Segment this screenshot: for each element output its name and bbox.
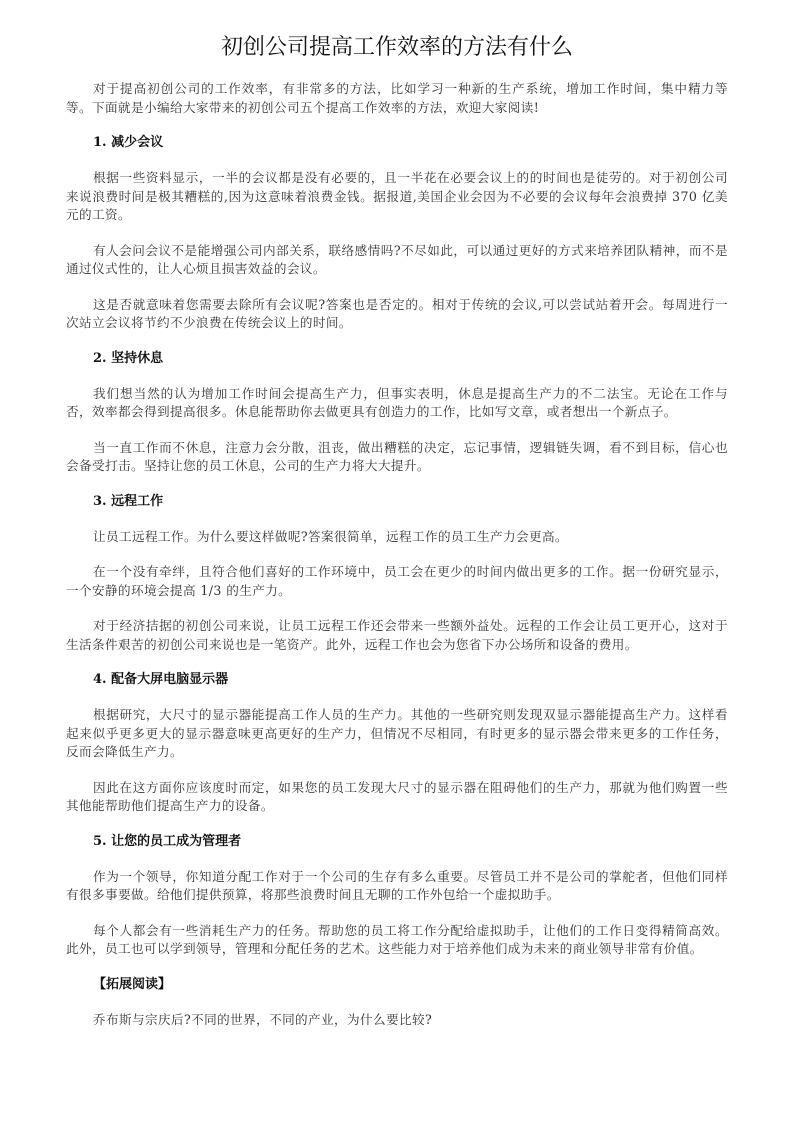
paragraph: 对于经济拮据的初创公司来说，让员工远程工作还会带来一些额外益处。远程的工作会让员… [66,617,728,654]
paragraph: 这是否就意味着您需要去除所有会议呢?答案也是否定的。相对于传统的会议,可以尝试站… [66,296,728,333]
paragraph: 有人会问会议不是能增强公司内部关系，联络感情吗?不尽如此，可以通过更好的方式来培… [66,242,728,279]
paragraph: 在一个没有牵绊，且符合他们喜好的工作环境中，员工会在更少的时间内做出更多的工作。… [66,563,728,600]
paragraph: 作为一个领导，你知道分配工作对于一个公司的生存有多么重要。尽管员工并不是公司的掌… [66,868,728,905]
paragraph: 我们想当然的认为增加工作时间会提高生产力，但事实表明，休息是提高生产力的不二法宝… [66,385,728,422]
paragraph: 每个人都会有一些消耗生产力的任务。帮助您的员工将工作分配给虚拟助手，让他们的工作… [66,922,728,959]
document-body: 对于提高初创公司的工作效率，有非常多的方法，比如学习一种新的生产系统，增加工作时… [66,80,728,1046]
section-heading-3: 3. 远程工作 [93,493,728,511]
section-heading-1: 1. 减少会议 [93,134,728,152]
extended-reading-heading: 【拓展阅读】 [93,976,728,994]
section-heading-5: 5. 让您的员工成为管理者 [93,833,728,851]
paragraph: 当一直工作而不休息，注意力会分散，沮丧，做出糟糕的决定，忘记事情，逻辑链失调，看… [66,439,728,476]
document-title: 初创公司提高工作效率的方法有什么 [0,30,794,61]
extended-reading-link[interactable]: 乔布斯与宗庆后?不同的世界，不同的产业，为什么要比较? [66,1011,728,1030]
paragraph: 根据研究，大尺寸的显示器能提高工作人员的生产力。其他的一些研究则发现双显示器能提… [66,706,728,762]
paragraph: 让员工远程工作。为什么要这样做呢?答案很简单，远程工作的员工生产力会更高。 [66,528,728,547]
section-heading-2: 2. 坚持休息 [93,350,728,368]
paragraph: 根据一些资料显示，一半的会议都是没有必要的，且一半花在必要会议上的的时间也是徒劳… [66,169,728,225]
intro-paragraph: 对于提高初创公司的工作效率，有非常多的方法，比如学习一种新的生产系统，增加工作时… [66,80,728,117]
section-heading-4: 4. 配备大屏电脑显示器 [93,671,728,689]
paragraph: 因此在这方面你应该度时而定，如果您的员工发现大尺寸的显示器在阻碍他们的生产力，那… [66,779,728,816]
